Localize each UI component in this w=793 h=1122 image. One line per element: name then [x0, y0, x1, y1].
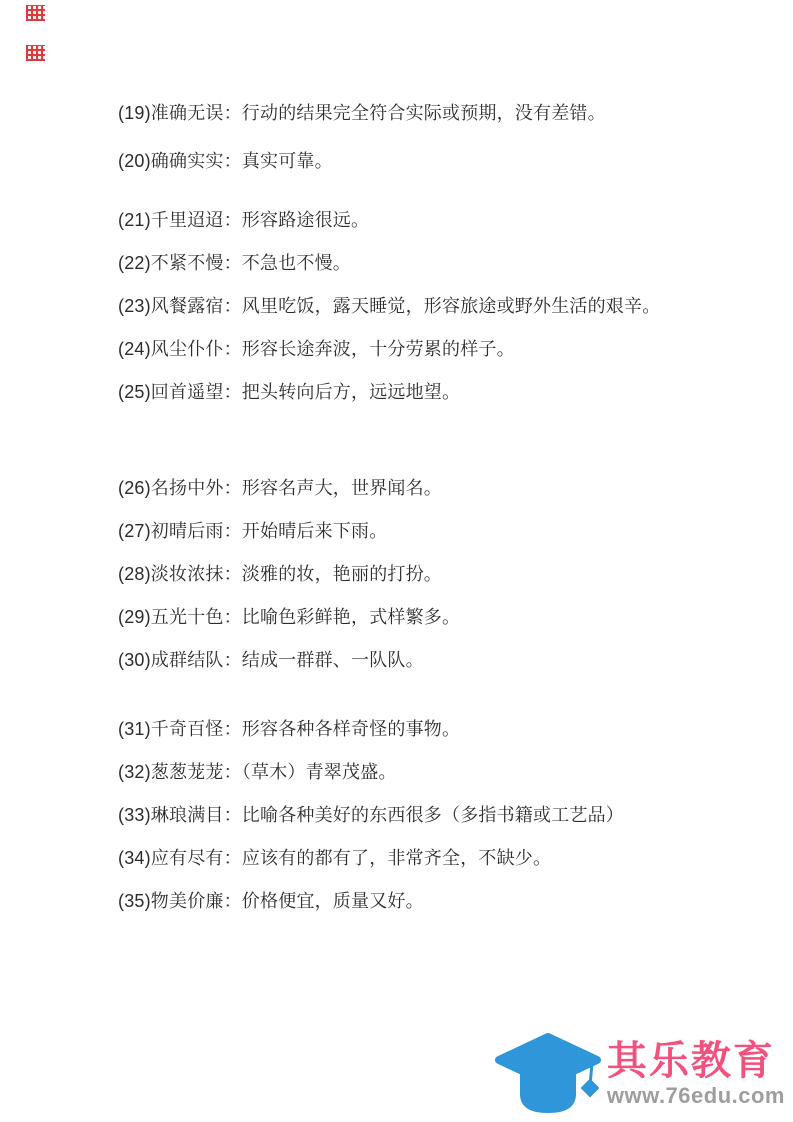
definition-item: (22)不紧不慢：不急也不慢。 [118, 251, 753, 276]
definition-group: (26)名扬中外：形容名声大，世界闻名。(27)初晴后雨：开始晴后来下雨。(28… [118, 476, 753, 673]
definition-item: (33)琳琅满目：比喻各种美好的东西很多（多指书籍或工艺品） [118, 803, 753, 828]
worksheet-page: (19)准确无误：行动的结果完全符合实际或预期，没有差错。(20)确确实实：真实… [0, 0, 793, 1122]
definition-group: (31)千奇百怪：形容各种各样奇怪的事物。(32)葱葱茏茏：（草木）青翠茂盛。(… [118, 717, 753, 914]
definition-item: (20)确确实实：真实可靠。 [118, 149, 753, 174]
definition-item: (27)初晴后雨：开始晴后来下雨。 [118, 519, 753, 544]
definition-item: (26)名扬中外：形容名声大，世界闻名。 [118, 476, 753, 501]
graduation-cap-icon [493, 1030, 603, 1118]
definition-item: (34)应有尽有：应该有的都有了，非常齐全，不缺少。 [118, 846, 753, 871]
definition-item: (28)淡妆浓抹：淡雅的妆，艳丽的打扮。 [118, 562, 753, 587]
definition-item: (24)风尘仆仆：形容长途奔波，十分劳累的样子。 [118, 337, 753, 362]
definition-item: (29)五光十色：比喻色彩鲜艳，式样繁多。 [118, 605, 753, 630]
definition-group: (21)千里迢迢：形容路途很远。(22)不紧不慢：不急也不慢。(23)风餐露宿：… [118, 208, 753, 405]
definition-item: (31)千奇百怪：形容各种各样奇怪的事物。 [118, 717, 753, 742]
idiom-definitions-list: (19)准确无误：行动的结果完全符合实际或预期，没有差错。(20)确确实实：真实… [118, 101, 753, 932]
brand-name: 其乐教育 [607, 1040, 775, 1082]
definition-item: (25)回首遥望：把头转向后方，远远地望。 [118, 380, 753, 405]
red-corner-mark [26, 5, 45, 21]
definition-item: (30)成群结队：结成一群群、一队队。 [118, 648, 753, 673]
definition-item: (23)风餐露宿：风里吃饭，露天睡觉，形容旅途或野外生活的艰辛。 [118, 294, 753, 319]
logo-text-block: 其乐教育 www.76edu.com [607, 1040, 785, 1109]
brand-url: www.76edu.com [607, 1083, 785, 1109]
definition-item: (32)葱葱茏茏：（草木）青翠茂盛。 [118, 760, 753, 785]
red-corner-mark [26, 45, 45, 61]
definition-item: (35)物美价廉：价格便宜，质量又好。 [118, 889, 753, 914]
site-logo: 其乐教育 www.76edu.com [493, 1030, 785, 1118]
definition-item: (21)千里迢迢：形容路途很远。 [118, 208, 753, 233]
definition-item: (19)准确无误：行动的结果完全符合实际或预期，没有差错。 [118, 101, 753, 126]
definition-group: (19)准确无误：行动的结果完全符合实际或预期，没有差错。(20)确确实实：真实… [118, 101, 753, 174]
